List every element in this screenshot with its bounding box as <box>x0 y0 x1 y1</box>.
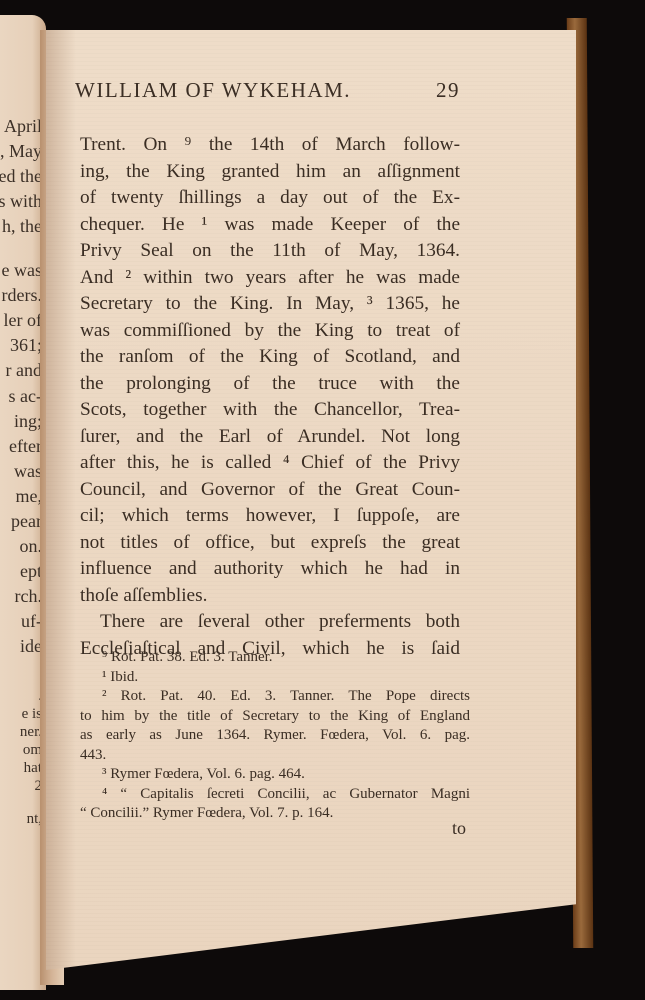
left-page-fragment: rch. <box>15 586 42 607</box>
footnote-3: ³ Rymer Fœdera, Vol. 6. pag. 464. <box>92 765 470 785</box>
left-page-fragment: ed the <box>0 166 42 187</box>
body-line: Trent. On ⁹ the 14th of March follow- <box>80 132 460 159</box>
left-page-fragment: me, <box>16 486 43 507</box>
body-line: cil; which terms however, I ſuppoſe, are <box>80 503 460 530</box>
left-page-fragment: ing; <box>14 411 42 432</box>
left-page-fragment: ide <box>20 636 42 657</box>
footnote-2-cont: to him by the title of Secretary to the … <box>80 707 470 727</box>
footnote-1: ¹ Ibid. <box>92 668 470 688</box>
body-line: Secretary to the King. In May, ³ 1365, h… <box>80 291 460 318</box>
body-line: There are ſeveral other preferments both <box>80 609 460 636</box>
body-line: the prolonging of the truce with the <box>80 371 460 398</box>
body-line: Privy Seal on the 11th of May, 1364. <box>80 238 460 265</box>
left-page-fragment: 361; <box>10 335 42 356</box>
body-line: was commiſſioned by the King to treat of <box>80 318 460 345</box>
footnote-4-cont: “ Concilii.” Rymer Fœdera, Vol. 7. p. 16… <box>80 804 470 824</box>
footnote-4: ⁴ “ Capitalis ſecreti Concilii, ac Guber… <box>92 785 470 805</box>
body-line: of twenty ſhillings a day out of the Ex- <box>80 185 460 212</box>
left-page-fragment: uf- <box>21 611 42 632</box>
left-page-fragment: h, the <box>2 216 42 237</box>
left-page-fragment: April <box>4 116 42 137</box>
body-line: ing, the King granted him an aſſignment <box>80 159 460 186</box>
left-page-fragment: s ac- <box>9 386 42 407</box>
body-line: not titles of office, but expreſs the gr… <box>80 530 460 557</box>
body-line: ſurer, and the Earl of Arundel. Not long <box>80 424 460 451</box>
left-page-fragment: on. <box>20 536 43 557</box>
left-page-fragment: was <box>14 461 42 482</box>
left-page-fragment: r and <box>6 360 42 381</box>
body-line: Council, and Governor of the Great Coun- <box>80 477 460 504</box>
footnote-2-cont: as early as June 1364. Rymer. Fœdera, Vo… <box>80 726 470 746</box>
left-page-fragment: s with <box>0 191 42 212</box>
body-text: Trent. On ⁹ the 14th of March follow- in… <box>80 132 460 662</box>
left-page-fragment: ler of <box>4 310 42 331</box>
left-page-fragment: e was <box>2 260 42 281</box>
body-line: influence and authority which he had in <box>80 556 460 583</box>
catchword: to <box>452 818 466 839</box>
left-page-fragment: rders. <box>2 285 42 306</box>
page-shadow <box>46 30 76 970</box>
left-page-fragment: ept <box>20 561 42 582</box>
page-number: 29 <box>436 78 460 103</box>
body-line: chequer. He ¹ was made Keeper of the <box>80 212 460 239</box>
body-line: the ranſom of the King of Scotland, and <box>80 344 460 371</box>
footnote-2-cont: 443. <box>80 746 470 766</box>
footnote-9: ⁹ Rot. Pat. 38. Ed. 3. Tanner. <box>92 648 470 668</box>
footnotes: ⁹ Rot. Pat. 38. Ed. 3. Tanner. ¹ Ibid. ²… <box>92 648 470 824</box>
footnote-2: ² Rot. Pat. 40. Ed. 3. Tanner. The Pope … <box>92 687 470 707</box>
left-page-fragment: pear <box>11 511 42 532</box>
left-page-fragment: , May <box>0 141 42 162</box>
left-page-fragment: e is <box>22 706 42 723</box>
body-line: And ² within two years after he was made <box>80 265 460 292</box>
running-title: WILLIAM OF WYKEHAM. <box>75 78 351 103</box>
body-line: after this, he is called ⁴ Chief of the … <box>80 450 460 477</box>
body-line: Scots, together with the Chancellor, Tre… <box>80 397 460 424</box>
left-page-fragment: efter <box>9 436 42 457</box>
running-header: WILLIAM OF WYKEHAM. 29 <box>75 78 460 103</box>
body-line: thoſe aſſemblies. <box>80 583 460 610</box>
left-page-fragment: ner. <box>20 724 42 741</box>
